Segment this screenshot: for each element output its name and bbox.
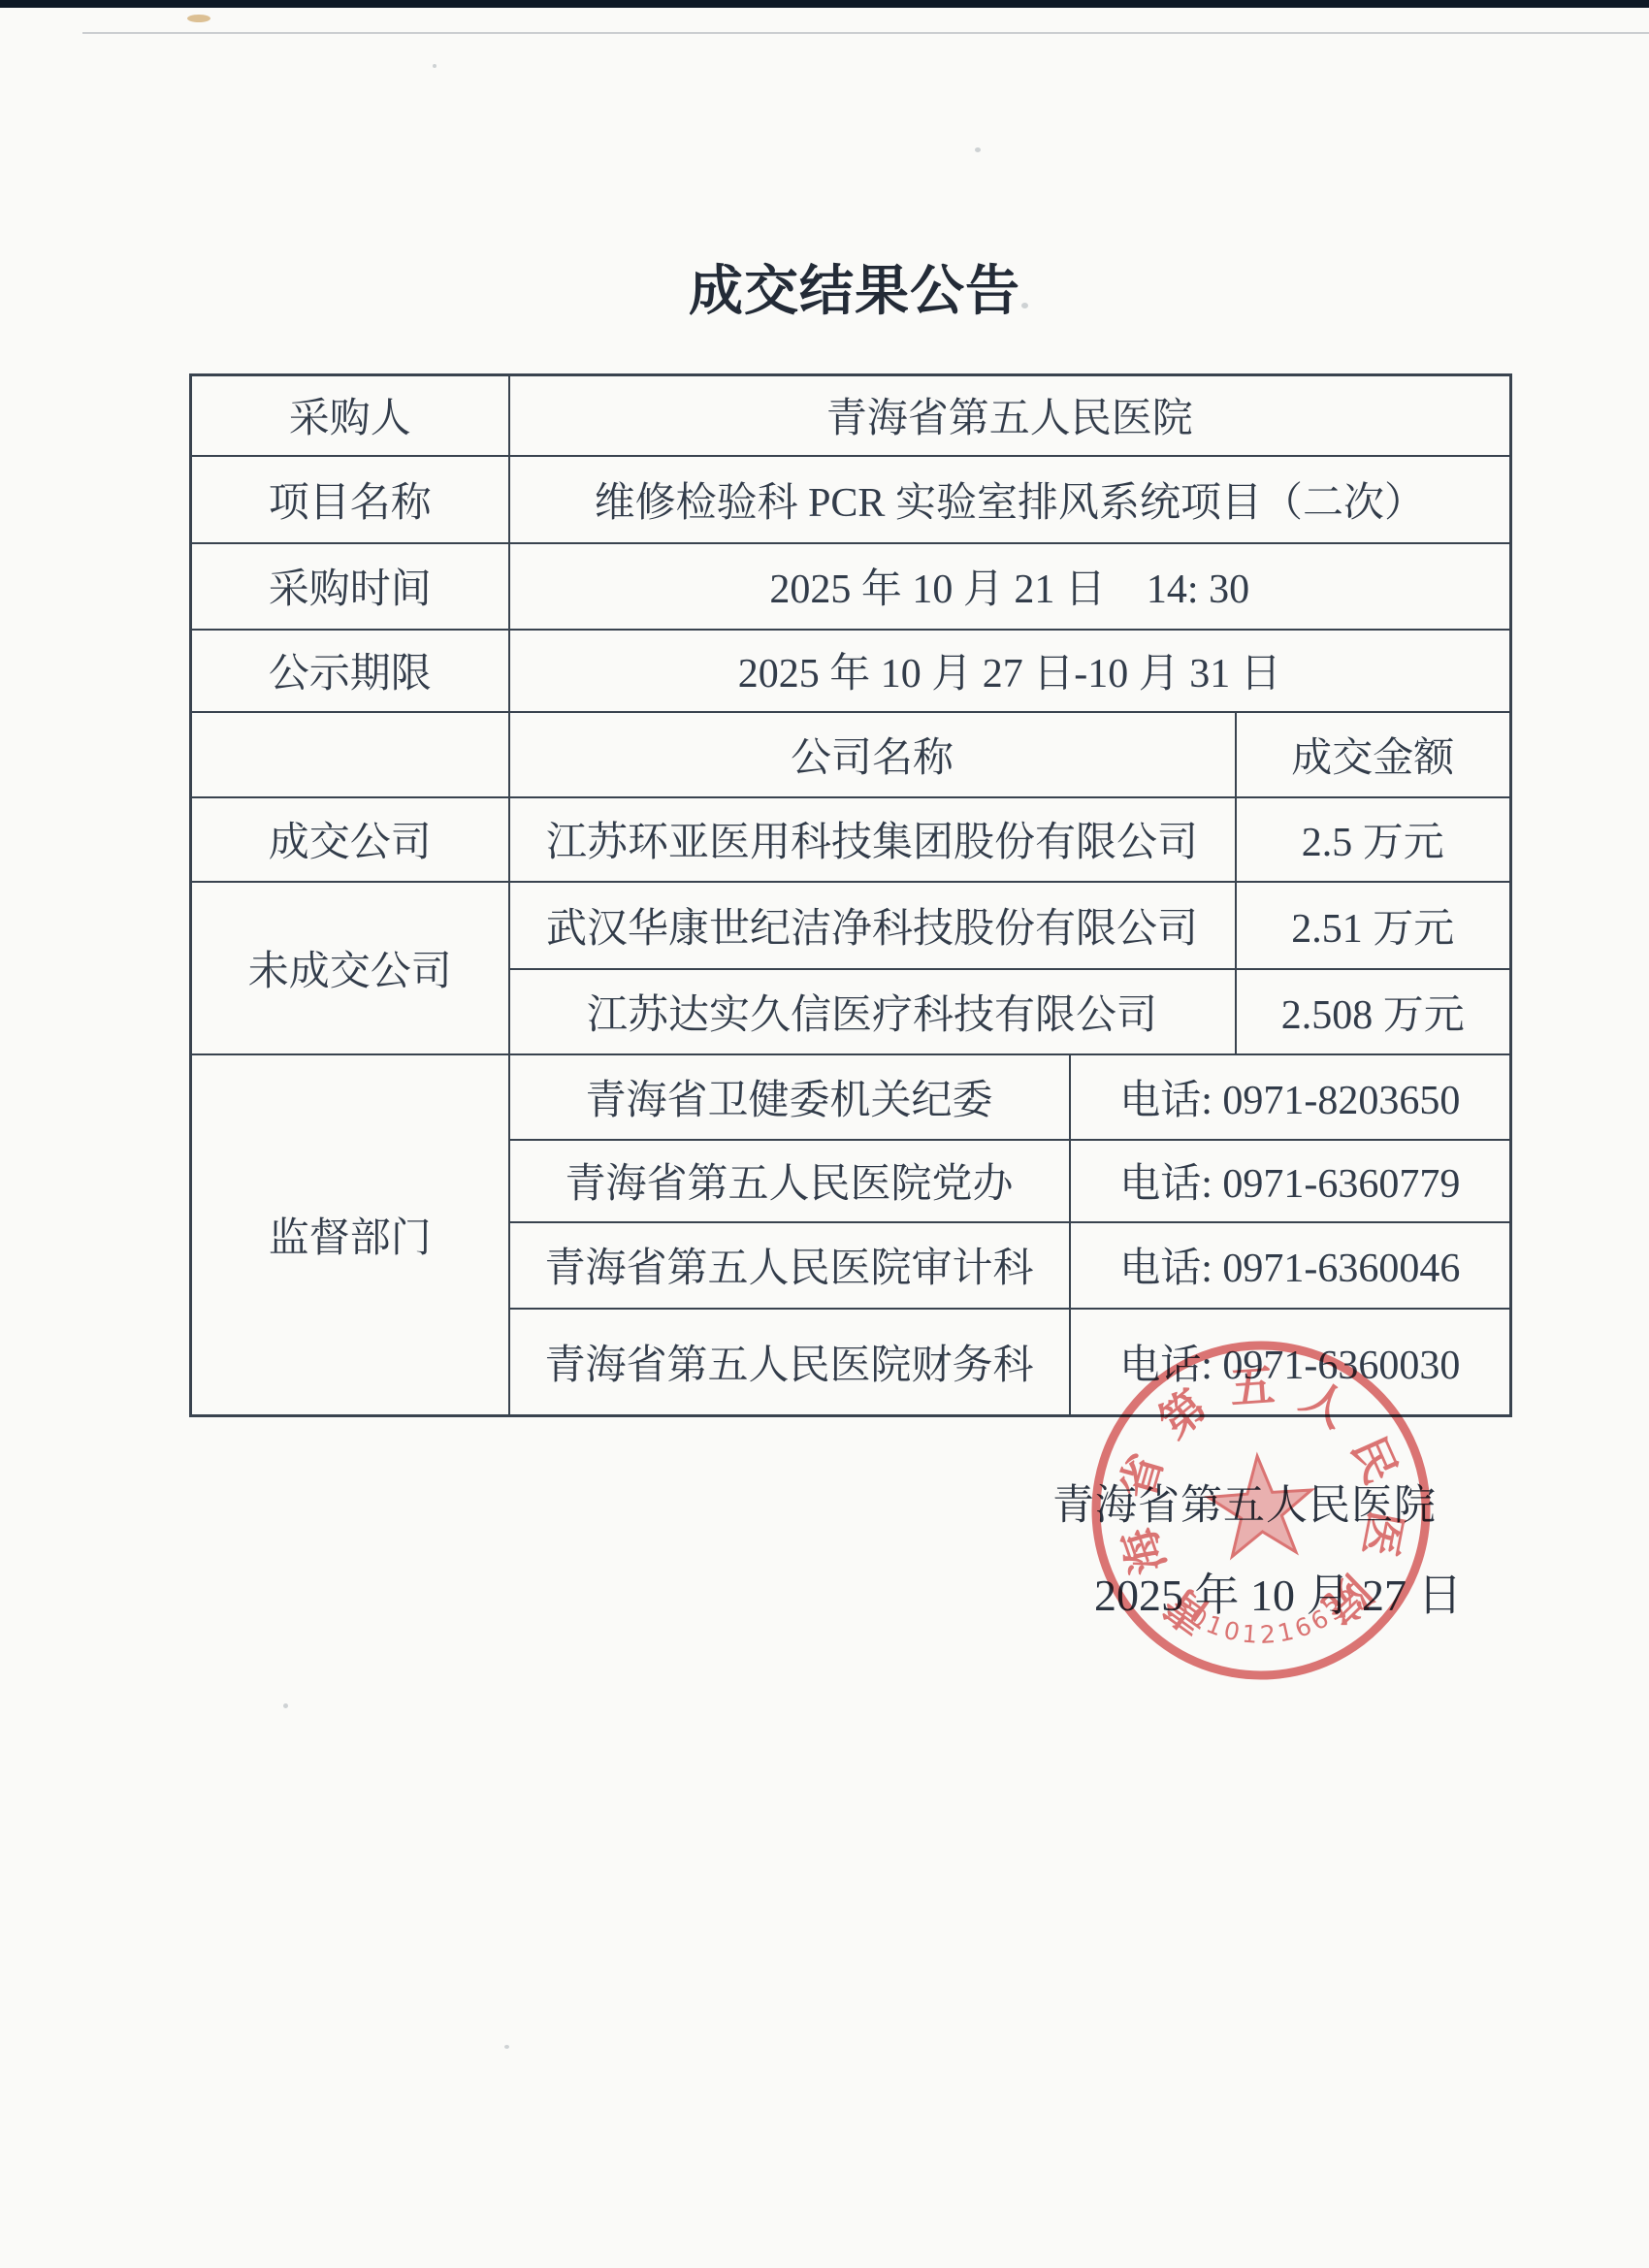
svg-text:民: 民 bbox=[1342, 1430, 1406, 1491]
scan-artifact-line bbox=[82, 32, 1649, 34]
project-name-value: 维修检验科 PCR 实验室排风系统项目（二次） bbox=[509, 456, 1511, 543]
winner-row: 成交公司 江苏环亚医用科技集团股份有限公司 2.5 万元 bbox=[191, 797, 1511, 882]
row-label-publicity-period: 公示期限 bbox=[191, 630, 509, 712]
loser-company-name: 武汉华康世纪洁净科技股份有限公司 bbox=[509, 882, 1236, 969]
supervision-row: 监督部门 青海省卫健委机关纪委 电话: 0971-8203650 bbox=[191, 1054, 1511, 1140]
row-label-losers: 未成交公司 bbox=[191, 882, 509, 1054]
winner-amount: 2.5 万元 bbox=[1236, 797, 1511, 882]
row-label-project-name: 项目名称 bbox=[191, 456, 509, 543]
row-label-supervision: 监督部门 bbox=[191, 1054, 509, 1416]
loser-amount: 2.508 万元 bbox=[1236, 969, 1511, 1054]
supervision-dept: 青海省第五人民医院党办 bbox=[509, 1140, 1070, 1222]
scan-artifact-speck bbox=[504, 2045, 509, 2049]
supervision-dept: 青海省卫健委机关纪委 bbox=[509, 1054, 1070, 1140]
scanned-document-page: { "page": { "title": "成交结果公告" }, "table"… bbox=[0, 0, 1649, 2268]
table-row: 项目名称 维修检验科 PCR 实验室排风系统项目（二次） bbox=[191, 456, 1511, 543]
scan-edge-band bbox=[0, 0, 1649, 8]
scan-artifact-speck bbox=[1021, 303, 1028, 308]
winner-company-name: 江苏环亚医用科技集团股份有限公司 bbox=[509, 797, 1236, 882]
svg-text:省: 省 bbox=[1113, 1448, 1173, 1505]
official-seal-stamp: 青海省第五人民医院 6301012166326 bbox=[1054, 1304, 1469, 1718]
row-label-purchaser: 采购人 bbox=[191, 375, 509, 456]
supervision-dept: 青海省第五人民医院审计科 bbox=[509, 1222, 1070, 1309]
amount-header: 成交金额 bbox=[1236, 712, 1511, 797]
supervision-dept: 青海省第五人民医院财务科 bbox=[509, 1309, 1070, 1416]
announcement-table: 采购人 青海省第五人民医院 项目名称 维修检验科 PCR 实验室排风系统项目（二… bbox=[189, 373, 1512, 1417]
svg-text:人: 人 bbox=[1293, 1372, 1357, 1437]
table-row: 公示期限 2025 年 10 月 27 日-10 月 31 日 bbox=[191, 630, 1511, 712]
table-row: 采购人 青海省第五人民医院 bbox=[191, 375, 1511, 456]
row-label-winner: 成交公司 bbox=[191, 797, 509, 882]
supervision-phone: 电话: 0971-6360779 bbox=[1070, 1140, 1511, 1222]
company-name-header: 公司名称 bbox=[509, 712, 1236, 797]
supervision-phone: 电话: 0971-6360046 bbox=[1070, 1222, 1511, 1309]
loser-company-name: 江苏达实久信医疗科技有限公司 bbox=[509, 969, 1236, 1054]
seal-star-icon bbox=[1206, 1452, 1315, 1557]
loser-row: 未成交公司 武汉华康世纪洁净科技股份有限公司 2.51 万元 bbox=[191, 882, 1511, 969]
scan-artifact-speck bbox=[187, 15, 210, 22]
scan-artifact-speck bbox=[283, 1703, 288, 1708]
page-title: 成交结果公告 bbox=[689, 248, 1020, 326]
empty-cell bbox=[191, 712, 509, 797]
scan-artifact-speck bbox=[433, 64, 436, 68]
scan-artifact-speck bbox=[975, 147, 981, 152]
svg-text:海: 海 bbox=[1114, 1521, 1175, 1579]
table-header-row: 公司名称 成交金额 bbox=[191, 712, 1511, 797]
row-label-purchase-time: 采购时间 bbox=[191, 543, 509, 630]
publicity-period-value: 2025 年 10 月 27 日-10 月 31 日 bbox=[509, 630, 1511, 712]
purchase-time-value: 2025 年 10 月 21 日 14: 30 bbox=[509, 543, 1511, 630]
table-row: 采购时间 2025 年 10 月 21 日 14: 30 bbox=[191, 543, 1511, 630]
svg-text:第: 第 bbox=[1150, 1381, 1216, 1448]
loser-amount: 2.51 万元 bbox=[1236, 882, 1511, 969]
svg-text:五: 五 bbox=[1228, 1361, 1276, 1413]
svg-text:医: 医 bbox=[1354, 1507, 1411, 1561]
supervision-phone: 电话: 0971-8203650 bbox=[1070, 1054, 1511, 1140]
purchaser-value: 青海省第五人民医院 bbox=[509, 375, 1511, 456]
